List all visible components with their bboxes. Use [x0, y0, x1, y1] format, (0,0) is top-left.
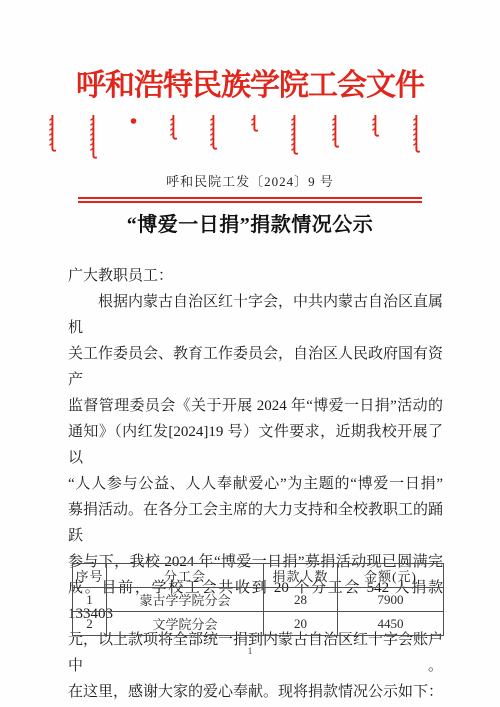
table-header-cell: 分工会 [107, 564, 264, 588]
body-line: 监督管理委员会《关于开展 2024 年“博爱一日捐”活动的 [68, 393, 443, 419]
body-line: “人人参与公益、人人奉献爱心”为主题的“博爱一日捐” [68, 471, 443, 497]
table-header-cell: 序号 [73, 564, 107, 588]
mongolian-glyph [412, 115, 422, 153]
table-header-row: 序号分工会捐款人数金额(元) [73, 564, 444, 588]
mongolian-glyph [48, 115, 58, 152]
body-line: 募捐活动。在各分工会主席的大力支持和全校教职工的踊跃 [68, 497, 443, 549]
table-cell: 28 [264, 588, 338, 612]
mongolian-glyph [89, 115, 99, 159]
document-page: 呼和浩特民族学院工会文件 呼和民院工发〔2024〕9 号 “博爱一日捐”捐款情况… [0, 0, 500, 707]
mongolian-glyph [290, 115, 300, 155]
table-cell: 20 [264, 612, 338, 636]
mongolian-glyph [129, 115, 138, 127]
table-cell: 2 [73, 612, 107, 636]
mongolian-glyph [371, 115, 381, 137]
document-title: “博爱一日捐”捐款情况公示 [0, 211, 500, 239]
body-line: 根据内蒙古自治区红十字会，中共内蒙古自治区直属机 [68, 289, 443, 341]
doc-number: 呼和民院工发〔2024〕9 号 [0, 171, 500, 190]
table-header-cell: 捐款人数 [264, 564, 338, 588]
page-number: 1 [0, 646, 500, 656]
table-cell: 1 [73, 588, 107, 612]
body-line: 在这里，感谢大家的爱心奉献。现将捐款情况公示如下： [68, 679, 443, 705]
table-row: 1蒙古学学院分会287900 [73, 588, 444, 612]
table-header-cell: 金额(元) [338, 564, 444, 588]
mongolian-glyph [169, 115, 179, 140]
table-row: 2文学院分会204450 [73, 612, 444, 636]
body-line: 关工作委员会、教育工作委员会，自治区人民政府国有资产 [68, 341, 443, 393]
body-text: 广大教职员工： 根据内蒙古自治区红十字会，中共内蒙古自治区直属机关工作委员会、教… [68, 263, 443, 705]
org-title: 呼和浩特民族学院工会文件 [0, 66, 500, 106]
mongolian-glyph [331, 115, 341, 148]
table-cell: 7900 [338, 588, 444, 612]
mongolian-glyph [250, 115, 260, 132]
table-cell: 4450 [338, 612, 444, 636]
table-cell: 文学院分会 [107, 612, 264, 636]
body-line: 广大教职员工： [68, 263, 443, 289]
red-separator-line [78, 197, 422, 203]
mongolian-script-row [48, 115, 422, 163]
mongolian-glyph [209, 115, 219, 150]
table-cell: 蒙古学学院分会 [107, 588, 264, 612]
body-line: 通知》（内红发[2024]19 号）文件要求，近期我校开展了以 [68, 419, 443, 471]
donation-table: 序号分工会捐款人数金额(元) 1蒙古学学院分会2879002文学院分会20445… [72, 563, 444, 636]
